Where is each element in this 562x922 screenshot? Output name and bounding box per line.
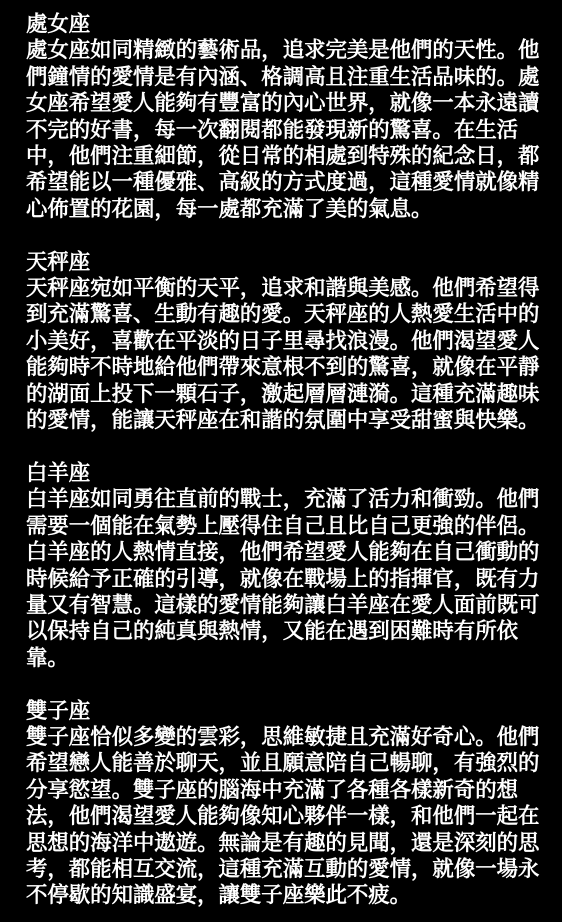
section-body-libra: 天秤座宛如平衡的天平，追求和諧與美感。他們希望得到充滿驚喜、生動有趣的愛。天秤座…	[26, 276, 546, 434]
section-heading-virgo: 處女座	[26, 12, 546, 38]
section-body-virgo: 處女座如同精緻的藝術品，追求完美是他們的天性。他們鐘情的愛情是有內涵、格調高且注…	[26, 38, 546, 223]
section-body-aries: 白羊座如同勇往直前的戰士，充滿了活力和衝勁。他們需要一個能在氣勢上壓得住自己且比…	[26, 487, 546, 672]
section-heading-gemini: 雙子座	[26, 699, 546, 725]
section-gemini: 雙子座 雙子座恰似多變的雲彩，思維敏捷且充滿好奇心。他們希望戀人能善於聊天，並且…	[26, 699, 546, 910]
section-body-gemini: 雙子座恰似多變的雲彩，思維敏捷且充滿好奇心。他們希望戀人能善於聊天，並且願意陪自…	[26, 725, 546, 910]
section-virgo: 處女座 處女座如同精緻的藝術品，追求完美是他們的天性。他們鐘情的愛情是有內涵、格…	[26, 12, 546, 223]
zodiac-text-page: 處女座 處女座如同精緻的藝術品，追求完美是他們的天性。他們鐘情的愛情是有內涵、格…	[0, 0, 562, 922]
section-heading-aries: 白羊座	[26, 461, 546, 487]
section-heading-libra: 天秤座	[26, 250, 546, 276]
section-libra: 天秤座 天秤座宛如平衡的天平，追求和諧與美感。他們希望得到充滿驚喜、生動有趣的愛…	[26, 250, 546, 435]
section-aries: 白羊座 白羊座如同勇往直前的戰士，充滿了活力和衝勁。他們需要一個能在氣勢上壓得住…	[26, 461, 546, 672]
